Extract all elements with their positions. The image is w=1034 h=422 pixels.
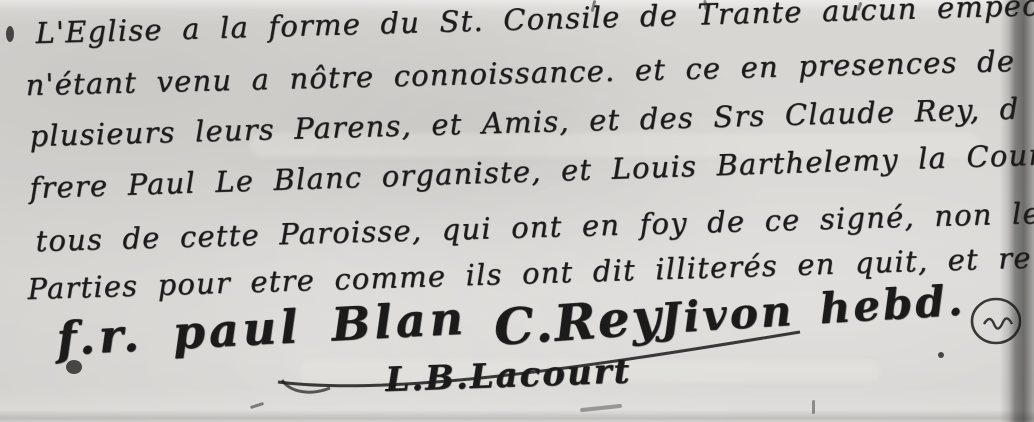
signature-lb-lacourt: L.B.Lacourt xyxy=(385,351,632,400)
cropped-stroke-mark xyxy=(250,402,264,409)
scan-bottom-shade xyxy=(0,410,1034,422)
manuscript-page: L'Eglise a la forme du St. Consile de Tr… xyxy=(0,0,1034,422)
manuscript-line-2: n'étant venu a nôtre connoissance. et ce… xyxy=(25,44,1015,102)
cropped-stroke-mark xyxy=(812,400,815,414)
ink-speck xyxy=(938,352,944,358)
ink-speck xyxy=(6,26,14,42)
ink-speck xyxy=(66,360,82,374)
signature-jivon-hebd: Jivon hebd. xyxy=(659,275,966,343)
signature-c-rey: C.Rey xyxy=(492,286,664,357)
